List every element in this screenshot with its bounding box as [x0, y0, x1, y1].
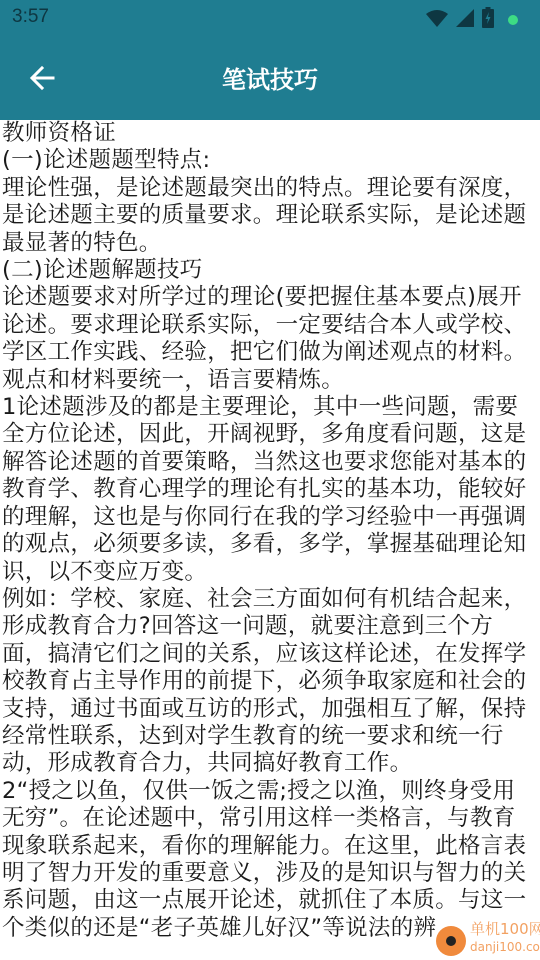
notification-dot-icon	[508, 10, 518, 29]
app-bar: 笔试技巧	[0, 36, 540, 120]
page-title: 笔试技巧	[0, 60, 540, 95]
wifi-icon	[426, 9, 448, 31]
section-heading-1: (一)论述题题型特点:	[2, 147, 538, 174]
battery-charging-icon	[482, 7, 494, 32]
paragraph: 例如：学校、家庭、社会三方面如何有机结合起来，形成教育合力?回答这一问题，就要注…	[2, 586, 538, 778]
article-content[interactable]: 教师资格证 (一)论述题题型特点: 理论性强，是论述题最突出的特点。理论要有深度…	[0, 120, 540, 960]
cellular-signal-icon	[456, 9, 474, 31]
status-icons	[426, 7, 518, 32]
paragraph: 理论性强，是论述题最突出的特点。理论要有深度，是论述题主要的质量要求。理论联系实…	[2, 175, 538, 257]
paragraph: 1论述题涉及的都是主要理论，其中一些问题，需要全方位论述，因此，开阔视野，多角度…	[2, 394, 538, 586]
paragraph: 2“授之以鱼，仅供一饭之需;授之以渔，则终身受用无穷”。在论述题中，常引用这样一…	[2, 778, 538, 942]
section-heading-2: (二)论述题解题技巧	[2, 257, 538, 284]
status-time: 3:57	[12, 6, 49, 28]
paragraph: 论述题要求对所学过的理论(要把握住基本要点)展开论述。要求理论联系实际，一定要结…	[2, 284, 538, 394]
status-bar: 3:57	[0, 0, 540, 36]
article-category: 教师资格证	[2, 120, 538, 147]
